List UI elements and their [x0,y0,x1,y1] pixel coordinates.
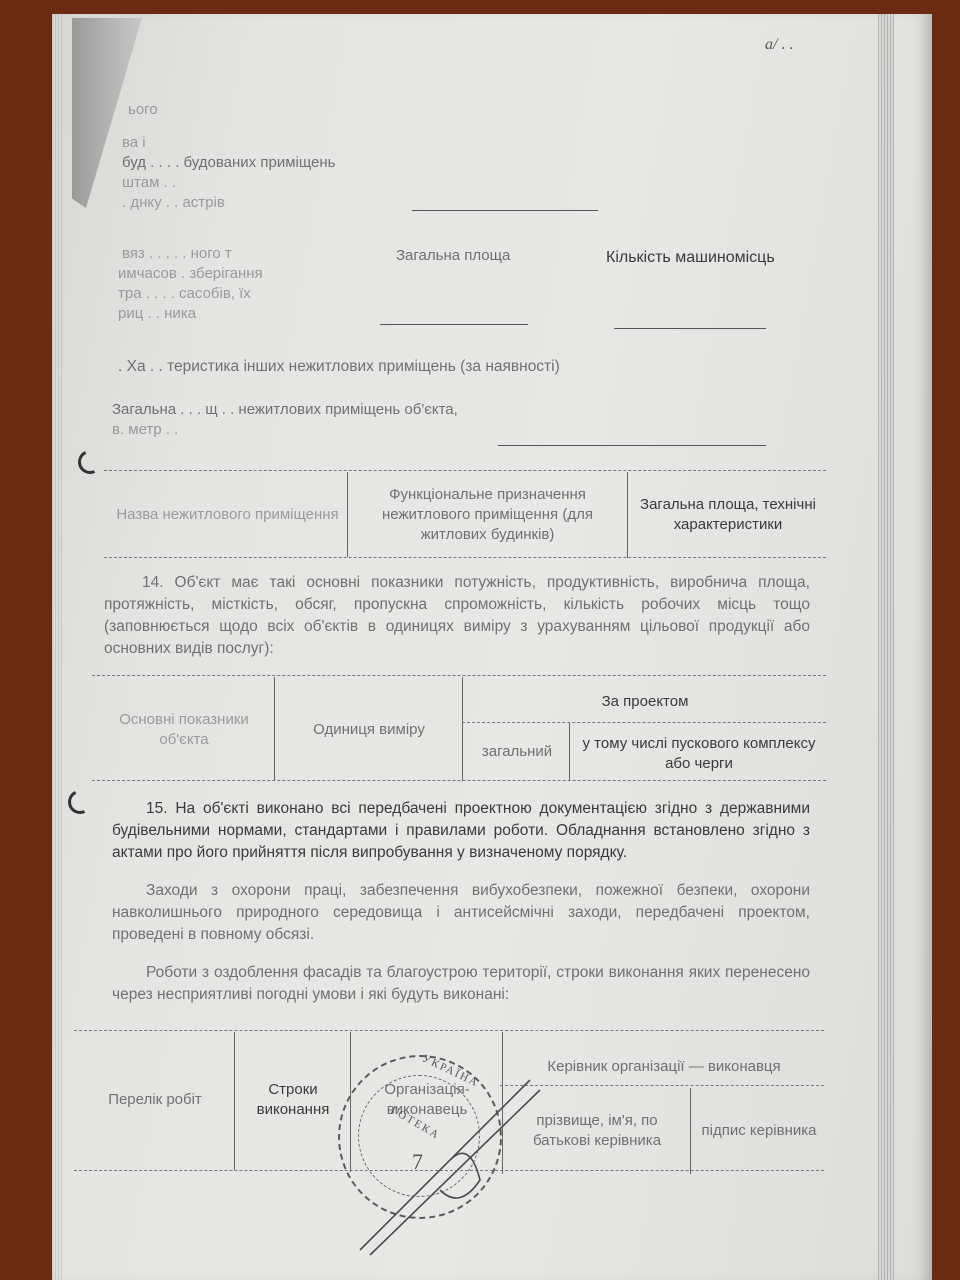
table-header-contractor-head: Керівник організації — виконавця [504,1050,824,1084]
nonresidential-total-fill-line [498,445,766,446]
corner-handwritten-note: а/ . . [765,36,793,54]
header-line-5: . днку . . астрів [122,193,225,212]
table-divider [627,472,628,558]
table-header-works-list: Перелік робіт [80,1060,230,1140]
table-divider [569,723,570,781]
parking-area-fill-line [380,324,528,325]
header-line-3: буд . . . . будованих приміщень [122,153,335,172]
nonresidential-total-label-1: Загальна . . . щ . . нежитлових приміщен… [112,400,458,419]
paragraph-15: 15. На об'єкті виконано всі передбачені … [112,798,810,864]
table-header-head-signature: підпис керівника [694,1092,824,1170]
table-header-unit: Одиниця виміру [278,690,460,770]
parking-area-header: Загальна площа [396,246,510,265]
header-fill-line [412,210,598,211]
table-divider [347,472,348,557]
nonresidential-section-title: . Ха . . теристика інших нежитлових прим… [118,357,560,376]
parking-label-3: тра . . . . сасобів, їх [118,284,251,303]
parking-label-1: вяз . . . . . ного т [122,244,232,263]
table-header-by-project: За проектом [466,684,824,720]
table-header-indicators: Основні показники об'єкта [96,690,272,770]
table-border [74,1030,824,1031]
header-line-4: штам . . [122,173,176,192]
paragraph-14: 14. Об'єкт має такі основні показники по… [104,572,810,660]
signature-scribble [330,1060,550,1260]
table-divider [462,677,463,781]
paragraph-postponed-works: Роботи з оздоблення фасадів та благоустр… [112,962,810,1006]
header-line-1: ього [128,100,158,119]
table-divider [274,677,275,780]
table-header-room-name: Назва нежитлового приміщення [110,476,345,554]
table-header-startup-complex: у тому числі пускового комплексу або чер… [572,726,826,782]
parking-spaces-header: Кількість машиномісць [606,248,775,267]
table-border [462,722,826,723]
table-divider [234,1032,235,1170]
page-right-edge [878,14,894,1280]
parking-label-2: имчасов . зберігання [118,264,263,283]
header-line-2: ва і [122,133,146,152]
table-header-area: Загальна площа, технічні характеристики [630,476,826,554]
table-divider [690,1088,691,1174]
nonresidential-total-label-2: в. метр . . [112,420,178,439]
parking-spaces-fill-line [614,328,766,329]
table-header-total: загальний [466,726,568,778]
page-left-edge [52,14,62,1280]
table-border [104,470,826,471]
table-header-function: Функціональне призначення нежитлового пр… [350,476,625,554]
table-border [92,675,826,676]
table-border [104,557,826,558]
paragraph-safety-measures: Заходи з охорони праці, забезпечення виб… [112,880,810,946]
parking-label-4: риц . . ника [118,304,196,323]
